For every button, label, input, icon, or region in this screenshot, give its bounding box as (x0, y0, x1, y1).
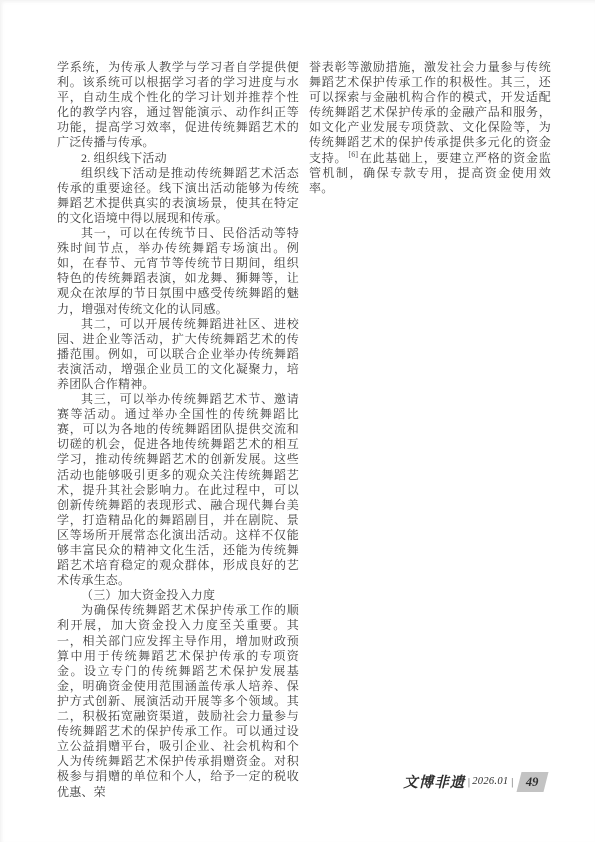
page-number: 49 (525, 775, 538, 790)
paragraph: 其二，可以开展传统舞蹈进社区、进校园、进企业等活动，扩大传统舞蹈艺术的传播范围。… (57, 317, 299, 392)
paragraph: 组织线下活动是推动传统舞蹈艺术活态传承的重要途径。线下演出活动能够为传统舞蹈艺术… (57, 166, 299, 226)
paragraph-text: 誉表彰等激励措施，激发社会力量参与传统舞蹈艺术保护传承工作的积极性。其三，还可以… (309, 60, 551, 165)
footer-separator: | (467, 776, 470, 788)
issue-number: 2026.01 (472, 776, 508, 787)
page-number-box: 49 (516, 772, 547, 792)
sub-heading-organize-offline-activities: 2. 组织线下活动 (57, 151, 299, 166)
paragraph: 誉表彰等激励措施，激发社会力量参与传统舞蹈艺术保护传承工作的积极性。其三，还可以… (309, 60, 551, 196)
right-column: 誉表彰等激励措施，激发社会力量参与传统舞蹈艺术保护传承工作的积极性。其三，还可以… (309, 60, 551, 800)
sub-heading-increase-funding: （三）加大资金投入力度 (57, 588, 299, 603)
left-column: 学系统，为传承人教学与学习者自学提供便利。该系统可以根据学习者的学习进度与水平，… (57, 60, 299, 800)
paragraph: 其三，可以举办传统舞蹈艺术节、邀请赛等活动。通过举办全国性的传统舞蹈比赛，可以为… (57, 392, 299, 588)
paragraph: 其一，可以在传统节日、民俗活动等特殊时间节点，举办传统舞蹈专场演出。例如，在春节… (57, 226, 299, 317)
journal-page: 学系统，为传承人教学与学习者自学提供便利。该系统可以根据学习者的学习进度与水平，… (0, 0, 595, 842)
footer-separator: | (510, 776, 513, 788)
journal-name: 文博非遗 (403, 771, 465, 792)
paragraph: 为确保传统舞蹈艺术保护传承工作的顺利开展，加大资金投入力度至关重要。其一，相关部… (57, 603, 299, 799)
page-footer: 文博非遗 | 2026.01 | 49 (403, 771, 545, 792)
paragraph: 学系统，为传承人教学与学习者自学提供便利。该系统可以根据学习者的学习进度与水平，… (57, 60, 299, 151)
citation-ref-6: [6] (347, 150, 359, 159)
text-columns: 学系统，为传承人教学与学习者自学提供便利。该系统可以根据学习者的学习进度与水平，… (57, 60, 551, 800)
